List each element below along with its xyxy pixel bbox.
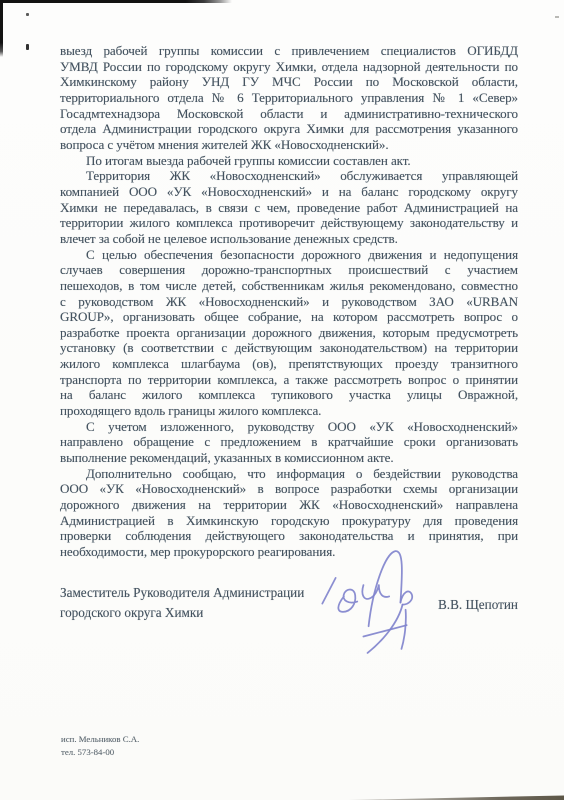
text-line: Химки не передавалась, в связи с чем, пр… bbox=[60, 200, 518, 216]
text-line: выполнение рекомендаций, указанных в ком… bbox=[60, 450, 518, 466]
paragraph: По итогам выезда рабочей группы комиссии… bbox=[60, 153, 518, 169]
text-line: проверки соблюдения действующего законод… bbox=[60, 528, 518, 544]
text-line: жилого комплекса шлагбаума (ов), препятс… bbox=[60, 356, 518, 372]
text-line: GROUP», организовать общее собрание, на … bbox=[60, 309, 518, 325]
signer-name: В.В. Щепотин bbox=[438, 597, 548, 613]
text-line: вопроса с учётом мнения жителей ЖК «Ново… bbox=[60, 137, 518, 153]
text-line: транспорта по территории комплекса, а та… bbox=[60, 372, 518, 388]
scan-edge-bottom bbox=[348, 795, 564, 800]
text-line: Госадмтехнадзора Московской области и ад… bbox=[60, 106, 518, 122]
phone-line: тел. 573-84-00 bbox=[61, 746, 139, 759]
scanned-letter-page: выезд рабочей группы комиссии с привлече… bbox=[0, 0, 564, 800]
paragraph: Дополнительно сообщаю, что информация о … bbox=[60, 466, 518, 560]
text-line: разработке проекта организации дорожного… bbox=[60, 325, 518, 341]
text-line: территории жилого комплекса противоречит… bbox=[60, 215, 518, 231]
text-line: Дополнительно сообщаю, что информация о … bbox=[60, 466, 518, 482]
text-line: выезд рабочей группы комиссии с привлече… bbox=[60, 43, 518, 59]
executor-line: исп. Мельников С.А. bbox=[61, 733, 139, 746]
body-text: выезд рабочей группы комиссии с привлече… bbox=[60, 43, 518, 560]
text-line: отдела Администрации городского округа Х… bbox=[60, 121, 518, 137]
text-line: с руководством ЖК «Новосходненский» и ру… bbox=[60, 294, 518, 310]
text-line: проходящего вдоль границы жилого комплек… bbox=[60, 403, 518, 419]
text-line: установку (в соответствии с действующим … bbox=[60, 340, 518, 356]
text-line: ООО «УК «Новосходненский» в вопросе разр… bbox=[60, 481, 518, 497]
text-line: Администрацией в Химкинскую городскую пр… bbox=[60, 513, 518, 529]
text-line: случаев совершения дорожно-транспортных … bbox=[60, 262, 518, 278]
text-line: Химкинскому району УНД ГУ МЧС России по … bbox=[60, 74, 518, 90]
text-line: компанией ООО «УК «Новосходненский» и на… bbox=[60, 184, 518, 200]
text-line: на баланс жилого комплекса тупикового уч… bbox=[60, 387, 518, 403]
paragraph: С учетом изложенного, руководству ООО «У… bbox=[60, 419, 518, 466]
footer-block: исп. Мельников С.А. тел. 573-84-00 bbox=[61, 733, 139, 759]
scan-speck bbox=[26, 44, 29, 50]
text-line: По итогам выезда рабочей группы комиссии… bbox=[60, 153, 518, 169]
text-line: пешеходов, в том числе детей, собственни… bbox=[60, 278, 518, 294]
text-line: дорожного движения на территории ЖК «Нов… bbox=[60, 497, 518, 513]
scan-edge-top bbox=[0, 0, 232, 3]
paragraph: выезд рабочей группы комиссии с привлече… bbox=[60, 43, 518, 153]
scan-edge-left bbox=[0, 0, 3, 57]
paragraph: С целью обеспечения безопасности дорожно… bbox=[60, 247, 518, 419]
handwritten-signature bbox=[311, 546, 421, 654]
scan-speck bbox=[26, 13, 29, 16]
text-line: Территория ЖК «Новосходненский» обслужив… bbox=[60, 168, 518, 184]
text-line: необходимости, мер прокурорского реагиро… bbox=[60, 544, 518, 560]
text-line: УМВД России по городскому округу Химки, … bbox=[60, 59, 518, 75]
text-line: С целью обеспечения безопасности дорожно… bbox=[60, 247, 518, 263]
text-line: С учетом изложенного, руководству ООО «У… bbox=[60, 419, 518, 435]
scan-speck bbox=[555, 16, 559, 18]
paragraph: Территория ЖК «Новосходненский» обслужив… bbox=[60, 168, 518, 246]
text-line: направлено обращение с предложением в кр… bbox=[60, 434, 518, 450]
text-line: территориального отдела № 6 Территориаль… bbox=[60, 90, 518, 106]
text-line: влечет за собой не целевое использование… bbox=[60, 231, 518, 247]
